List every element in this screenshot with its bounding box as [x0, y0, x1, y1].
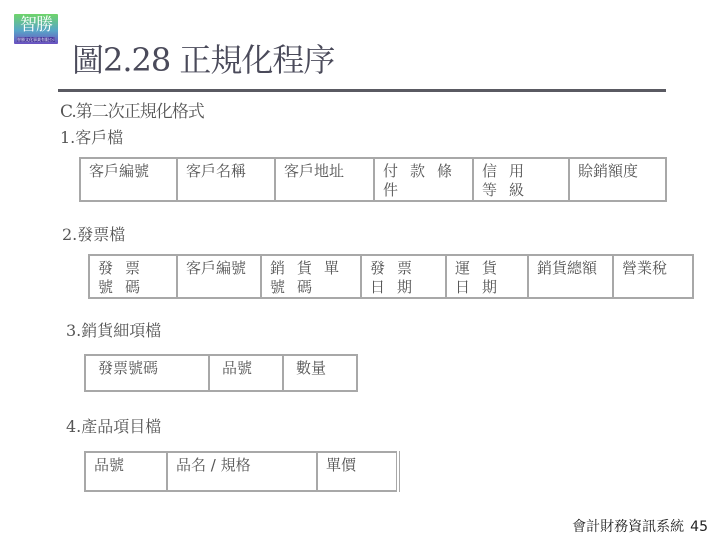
table-row: 發票號碼 品號 數量 [85, 355, 357, 391]
table-cell: 品號 [209, 355, 283, 391]
page-number: 45 [690, 519, 708, 535]
sales-detail-table: 發票號碼 品號 數量 [84, 354, 358, 392]
table-label-product: 4.產品項目檔 [66, 417, 161, 437]
table-cell: 付款條件 [374, 158, 473, 201]
table-cell: 客戶名稱 [177, 158, 275, 201]
table-cell: 單價 [317, 452, 398, 491]
table-cell: 營業稅 [613, 255, 693, 298]
table-cell: 客戶編號 [80, 158, 177, 201]
table-label-invoice: 2.發票檔 [62, 225, 125, 245]
table-row: 品號 品名 / 規格 單價 [85, 452, 398, 491]
customer-table: 客戶編號 客戶名稱 客戶地址 付款條件 信用等級 賒銷額度 [79, 157, 667, 202]
logo-text: 智勝 [14, 14, 58, 36]
table-cell: 客戶編號 [177, 255, 261, 298]
page-footer: 會計財務資訊系統45 [572, 518, 708, 536]
title-divider [58, 89, 666, 92]
table-row: 發票號碼 客戶編號 銷貨單號碼 發票日期 運貨日期 銷貨總額 營業稅 [89, 255, 693, 298]
footer-book-title: 會計財務資訊系統 [572, 519, 684, 535]
table-cell: 銷貨單號碼 [261, 255, 361, 298]
product-table: 品號 品名 / 規格 單價 [84, 451, 400, 492]
table-label-sales-detail: 3.銷貨細項檔 [66, 321, 161, 341]
table-cell: 運貨日期 [446, 255, 528, 298]
table-cell: 發票日期 [361, 255, 446, 298]
page-title: 圖2.28 正規化程序 [72, 40, 334, 80]
table-cell: 銷貨總額 [528, 255, 613, 298]
table-cell: 品名 / 規格 [167, 452, 317, 491]
table-cell: 數量 [283, 355, 357, 391]
table-cell: 賒銷額度 [569, 158, 666, 201]
table-row: 客戶編號 客戶名稱 客戶地址 付款條件 信用等級 賒銷額度 [80, 158, 666, 201]
table-cell: 品號 [85, 452, 167, 491]
table-cell: 信用等級 [473, 158, 569, 201]
section-heading: C.第二次正規化格式 [60, 101, 204, 123]
table-cell: 發票號碼 [89, 255, 177, 298]
invoice-table: 發票號碼 客戶編號 銷貨單號碼 發票日期 運貨日期 銷貨總額 營業稅 [88, 254, 694, 299]
table-cell: 發票號碼 [85, 355, 209, 391]
logo-subtitle: 智勝文化事業有限公司 [17, 37, 55, 42]
table-cell: 客戶地址 [275, 158, 374, 201]
table-label-customer: 1.客戶檔 [60, 128, 123, 148]
publisher-logo: 智勝 智勝文化事業有限公司 [14, 14, 58, 44]
